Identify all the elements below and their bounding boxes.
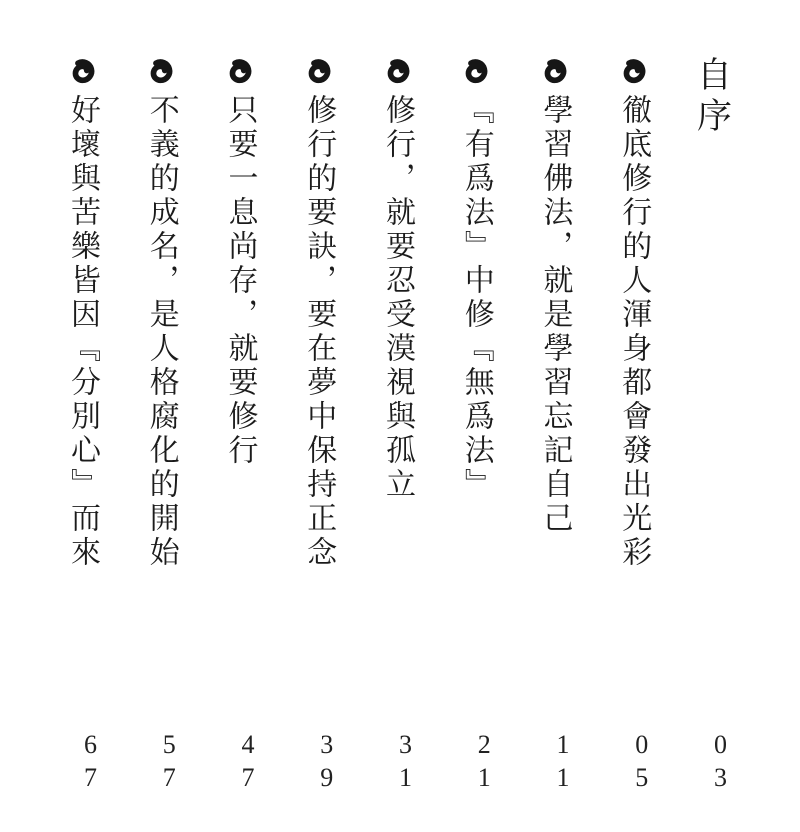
chapter-title: 修行，就要忍受漠視與孤立 [382, 94, 412, 502]
page-number: 21 [471, 730, 497, 796]
chapter-title: 『有爲法』中修『無爲法』 [461, 94, 491, 502]
page-number: 47 [235, 730, 261, 796]
toc-column-chapter-3: 『有爲法』中修『無爲法』 21 [438, 54, 514, 832]
toc-column-chapter-4: 修行，就要忍受漠視與孤立 31 [359, 54, 435, 832]
toc-column-preface: 自序 03 [674, 54, 750, 832]
page-number: 31 [392, 730, 418, 796]
page-number: 05 [628, 730, 654, 796]
spiral-icon [460, 54, 491, 87]
spiral-icon [382, 54, 413, 87]
toc-column-chapter-2: 學習佛法，就是學習忘記自己 11 [517, 54, 593, 832]
spiral-icon [539, 54, 570, 87]
page-number: 57 [156, 730, 182, 796]
toc-columns: 自序 03 徹底修行的人渾身都會發出光彩 05 學習佛法，就是學習忘記自己 11… [44, 54, 750, 832]
page-number: 39 [313, 730, 339, 796]
chapter-title: 只要一息尚存，就要修行 [225, 94, 255, 468]
spiral-icon [67, 54, 98, 87]
chapter-title: 好壞與苦樂皆因『分別心』而來 [67, 94, 97, 570]
toc-column-chapter-7: 不義的成名，是人格腐化的開始 57 [123, 54, 199, 832]
spiral-icon [145, 54, 176, 87]
spiral-icon [303, 54, 334, 87]
chapter-title: 不義的成名，是人格腐化的開始 [146, 94, 176, 570]
toc-column-chapter-1: 徹底修行的人渾身都會發出光彩 05 [595, 54, 671, 832]
chapter-title: 徹底修行的人渾身都會發出光彩 [618, 94, 648, 570]
toc-column-chapter-8: 好壞與苦樂皆因『分別心』而來 67 [44, 54, 120, 832]
page-number: 03 [707, 730, 733, 796]
page-number: 67 [77, 730, 103, 796]
chapter-title: 修行的要訣，要在夢中保持正念 [303, 94, 333, 570]
page-number: 11 [550, 730, 576, 796]
preface-title: 自序 [695, 56, 730, 138]
spiral-icon [618, 54, 649, 87]
toc-column-chapter-6: 只要一息尚存，就要修行 47 [202, 54, 278, 832]
chapter-title: 學習佛法，就是學習忘記自己 [540, 94, 570, 536]
toc-page: 自序 03 徹底修行的人渾身都會發出光彩 05 學習佛法，就是學習忘記自己 11… [0, 0, 800, 832]
toc-column-chapter-5: 修行的要訣，要在夢中保持正念 39 [280, 54, 356, 832]
spiral-icon [224, 54, 255, 87]
